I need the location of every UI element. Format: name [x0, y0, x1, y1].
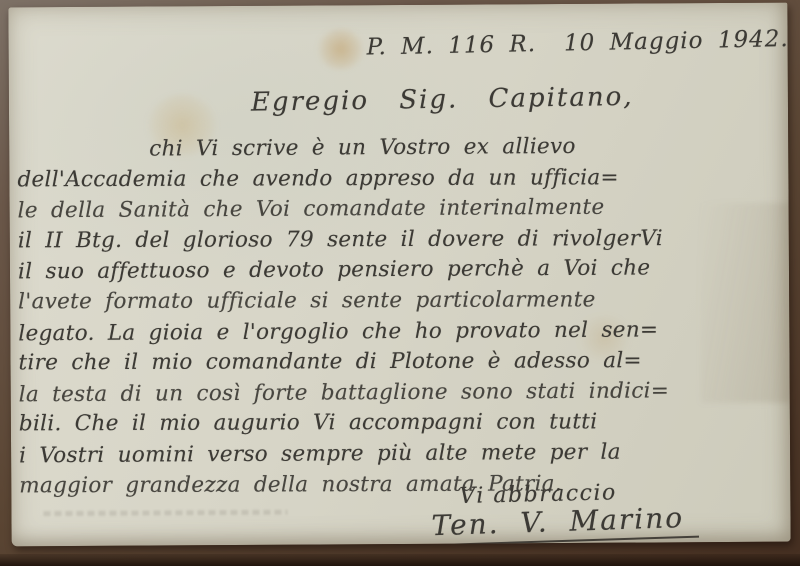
- letter-line: l'avete formato ufficiale si sente parti…: [18, 285, 784, 318]
- letter-line: il suo affettuoso e devoto pensiero perc…: [18, 253, 784, 288]
- letter-line: bili. Che il mio augurio Vi accompagni c…: [19, 407, 785, 440]
- letter-line: dell'Accademia che avendo appreso da un …: [17, 162, 783, 195]
- paper-stain: [317, 29, 365, 69]
- letter-date: 10 Maggio 1942.: [564, 26, 789, 57]
- signature: Ten. V. Marino: [361, 501, 699, 547]
- signature-block: Ten. V. Marino: [361, 499, 762, 547]
- letter-line: i Vostri uomini verso sempre più alte me…: [19, 437, 785, 472]
- letter-line: maggior grandezza della nostra amata Pat…: [19, 468, 785, 501]
- letter-header: P. M. 116 R. 10 Maggio 1942. XX: [366, 25, 790, 64]
- ghost-print-line: [43, 510, 287, 516]
- letter-line: la testa di un così forte battaglione so…: [19, 375, 785, 410]
- letter-line: chi Vi scrive è un Vostro ex allievo: [17, 131, 783, 166]
- postcard: P. M. 116 R. 10 Maggio 1942. XX Egregio …: [8, 3, 790, 547]
- letter-line: tire che il mio comandante di Plotone è …: [18, 346, 784, 379]
- letter-body: chi Vi scrive è un Vostro ex allievo del…: [17, 131, 785, 503]
- letter-line: il II Btg. del glorioso 79 sente il dove…: [18, 223, 784, 256]
- letter-line: le della Sanità che Voi comandate interi…: [18, 192, 784, 227]
- field-post-number: P. M. 116 R.: [366, 31, 536, 60]
- photo-bottom-edge: [0, 554, 800, 566]
- letter-line: legato. La gioia e l'orgoglio che ho pro…: [18, 314, 784, 349]
- salutation: Egregio Sig. Capitano,: [251, 82, 634, 118]
